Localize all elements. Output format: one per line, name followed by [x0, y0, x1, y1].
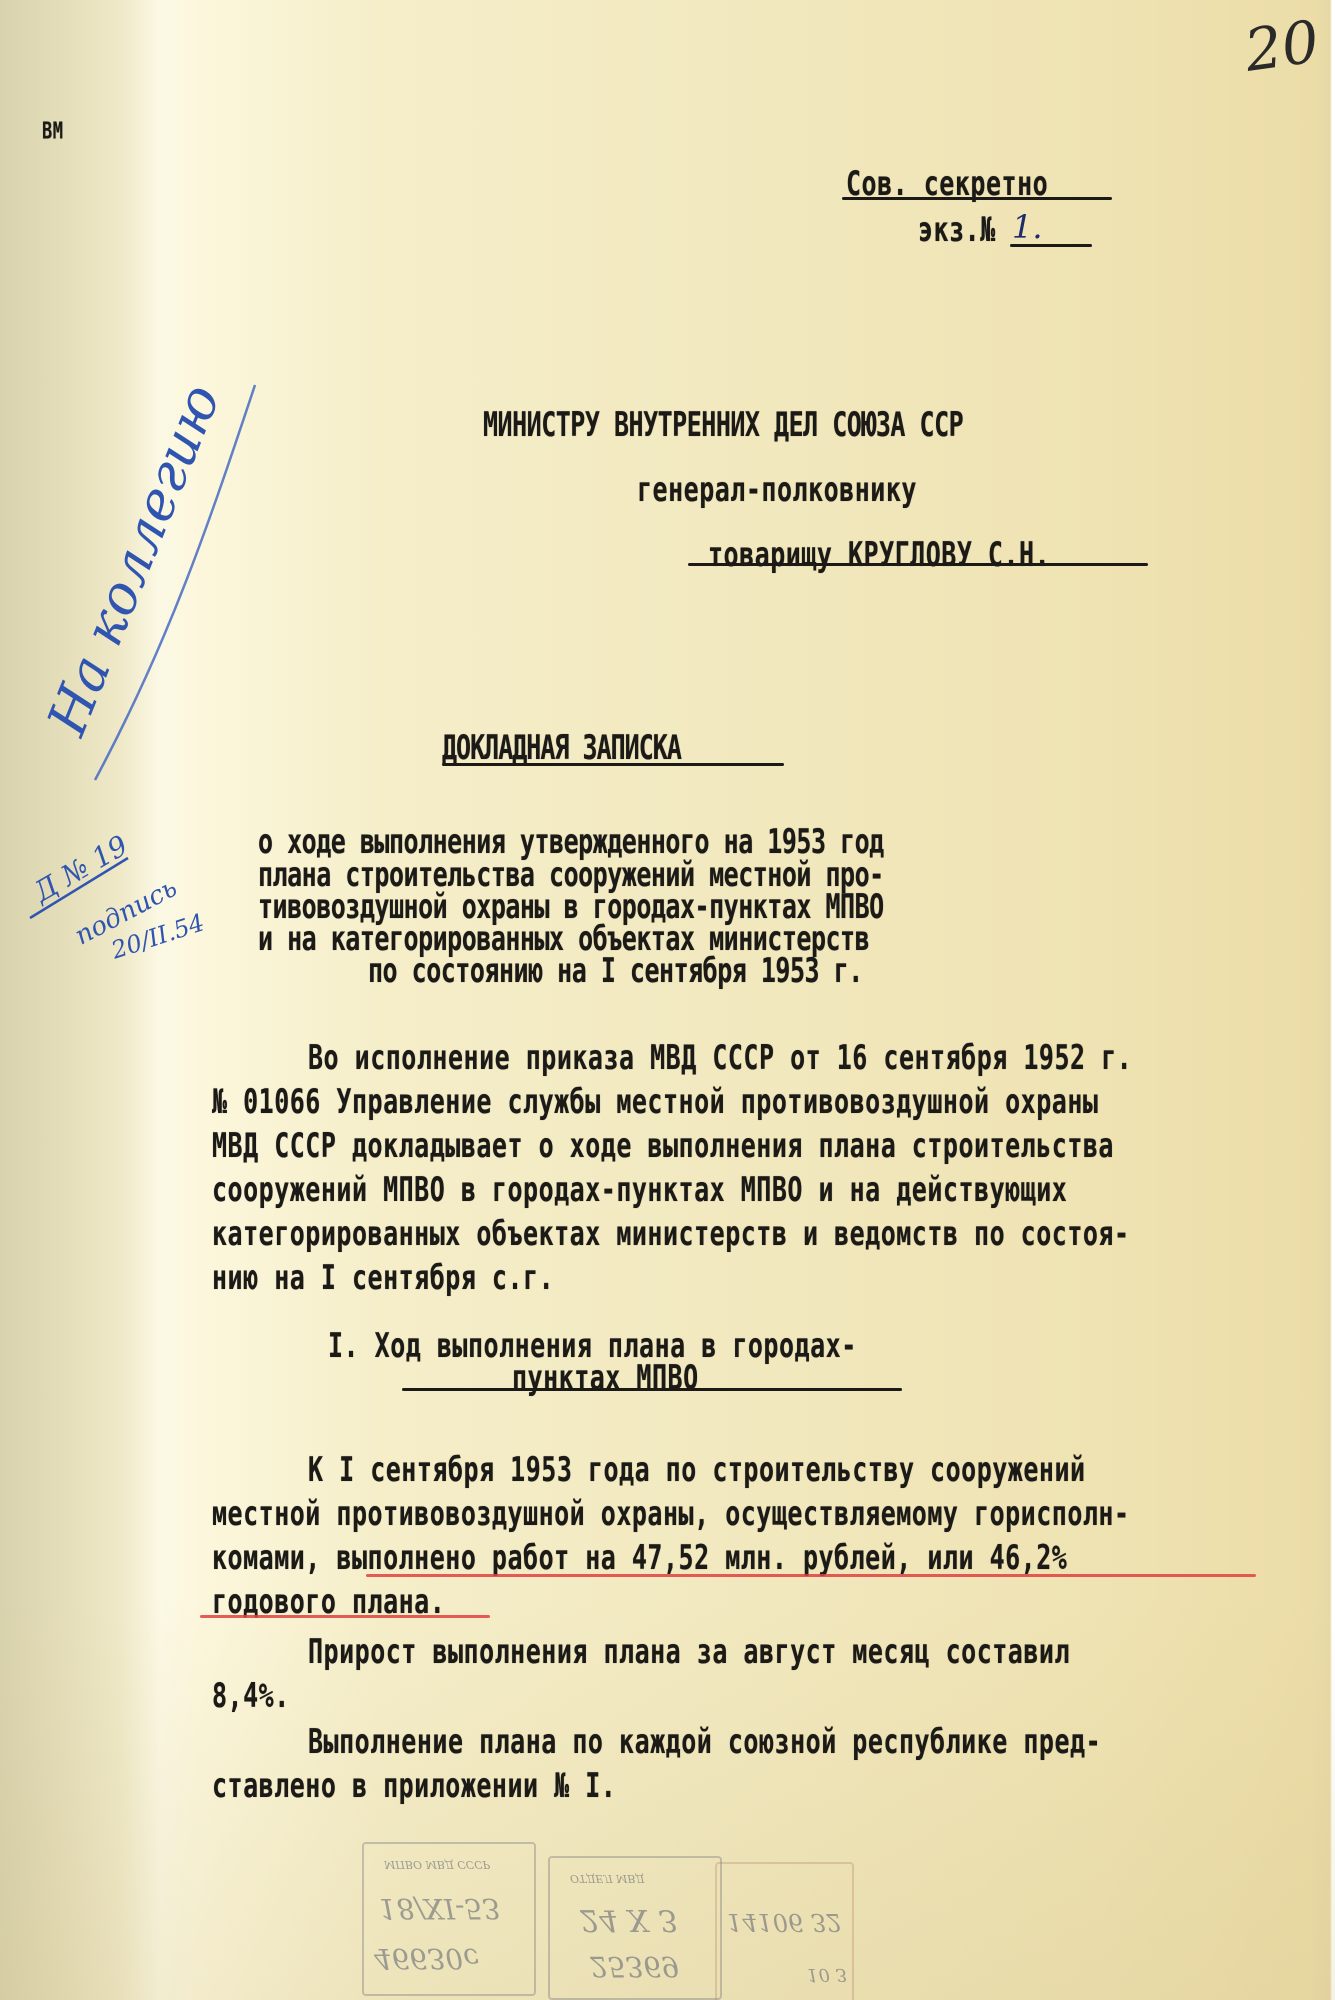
- subtitle-line: по состоянию на I сентября 1953 г.: [368, 951, 863, 990]
- addressee-line: товарищу КРУГЛОВУ С.Н.: [708, 535, 1050, 574]
- section-heading-line: пунктах МПВО: [512, 1358, 699, 1397]
- stamp-line: 25369: [590, 1950, 679, 1983]
- classification-underline: [842, 197, 1112, 200]
- body-line: ставлено в приложении № I.: [212, 1766, 616, 1805]
- body-line: № 01066 Управление службы местной против…: [212, 1082, 1098, 1121]
- bleedthrough-stamp: МПВО МВД СССР 18/XI-53 46630с: [362, 1842, 536, 1996]
- body-line: местной противовоздушной охраны, осущест…: [212, 1494, 1130, 1533]
- stamp-line: ОТДЕЛ МВД: [570, 1872, 644, 1885]
- body-line: Во исполнение приказа МВД СССР от 16 сен…: [308, 1038, 1132, 1077]
- paper-page: [0, 0, 1335, 2000]
- stamp-line: 18/XI-53: [379, 1892, 500, 1925]
- body-line: нию на I сентября с.г.: [212, 1258, 554, 1297]
- copy-number-underline: [1010, 244, 1092, 247]
- stamp-line: 24 X 3: [580, 1902, 678, 1937]
- addressee-underline: [688, 563, 1148, 566]
- body-line: К I сентября 1953 года по строительству …: [308, 1450, 1086, 1489]
- body-line: сооружений МПВО в городах-пунктах МПВО и…: [212, 1170, 1067, 1209]
- bleedthrough-stamp: 14106 32 10 3: [715, 1862, 854, 2000]
- body-line: МВД СССР докладывает о ходе выполнения п…: [212, 1126, 1114, 1165]
- page-number-handwritten: 20: [1241, 7, 1324, 85]
- addressee-line: МИНИСТРУ ВНУТРЕННИХ ДЕЛ СОЮЗА ССР: [483, 405, 963, 444]
- stamp-line: 46630с: [374, 1942, 479, 1975]
- body-line: 8,4%.: [212, 1676, 290, 1715]
- body-line: категорированных объектах министерств и …: [212, 1214, 1130, 1253]
- body-line: Выполнение плана по каждой союзной респу…: [308, 1722, 1101, 1761]
- document-title: ДОКЛАДНАЯ ЗАПИСКА: [442, 728, 681, 767]
- stamp-line: 10 3: [807, 1964, 847, 1985]
- corner-mark: ВМ: [42, 118, 63, 145]
- addressee-line: генерал-полковнику: [637, 470, 917, 509]
- body-line: комами, выполнено работ на 47,52 млн. ру…: [212, 1538, 1067, 1577]
- section-heading-underline: [402, 1388, 902, 1391]
- stamp-line: МПВО МВД СССР: [384, 1858, 490, 1871]
- copy-label: экз.№: [918, 210, 996, 249]
- title-underline: [442, 763, 784, 766]
- bleedthrough-stamp: ОТДЕЛ МВД 24 X 3 25369: [548, 1856, 722, 2000]
- body-line: Прирост выполнения плана за август месяц…: [308, 1632, 1070, 1671]
- red-pencil-underline: [200, 1615, 490, 1618]
- stamp-line: 14106 32: [727, 1908, 842, 1936]
- copy-number-handwritten: 1.: [1012, 208, 1043, 246]
- red-pencil-underline: [366, 1574, 1256, 1577]
